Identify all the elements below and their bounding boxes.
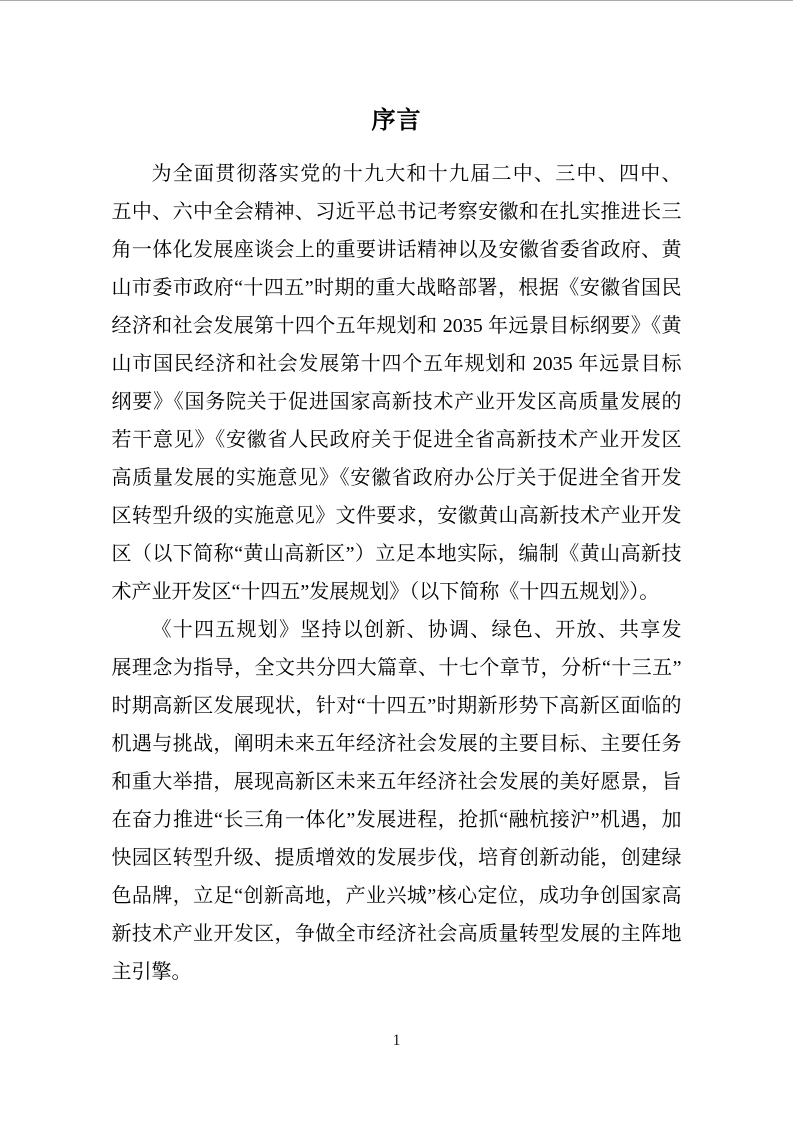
text-line: 新技术产业开发区，争做全市经济社会高质量转型发展的主阵地 <box>112 915 682 953</box>
text-line: 经济和社会发展第十四个五年规划和 2035 年远景目标纲要》《黄 <box>112 307 682 345</box>
text-line: 五中、六中全会精神、习近平总书记考察安徽和在扎实推进长三 <box>112 193 682 231</box>
text-line: 区（以下简称“黄山高新区”）立足本地实际，编制《黄山高新技 <box>112 535 682 573</box>
page-number: 1 <box>0 1031 793 1051</box>
text-line: 角一体化发展座谈会上的重要讲话精神以及安徽省委省政府、黄 <box>112 231 682 269</box>
text-line: 色品牌，立足“创新高地，产业兴城”核心定位，成功争创国家高 <box>112 877 682 915</box>
text-line: 山市国民经济和社会发展第十四个五年规划和 2035 年远景目标 <box>112 345 682 383</box>
text-line: 《十四五规划》坚持以创新、协调、绿色、开放、共享发 <box>112 611 682 649</box>
text-line: 机遇与挑战，阐明未来五年经济社会发展的主要目标、主要任务 <box>112 725 682 763</box>
text-line: 主引擎。 <box>112 953 682 991</box>
document-page: 序言 为全面贯彻落实党的十九大和十九届二中、三中、四中、五中、六中全会精神、习近… <box>0 0 793 1122</box>
paragraph: 《十四五规划》坚持以创新、协调、绿色、开放、共享发展理念为指导，全文共分四大篇章… <box>112 611 682 991</box>
text-line: 展理念为指导，全文共分四大篇章、十七个章节，分析“十三五” <box>112 649 682 687</box>
text-line: 高质量发展的实施意见》《安徽省政府办公厅关于促进全省开发 <box>112 459 682 497</box>
text-line: 纲要》《国务院关于促进国家高新技术产业开发区高质量发展的 <box>112 383 682 421</box>
text-line: 术产业开发区“十四五”发展规划》（以下简称《十四五规划》）。 <box>112 573 682 611</box>
text-line: 和重大举措，展现高新区未来五年经济社会发展的美好愿景，旨 <box>112 763 682 801</box>
document-title: 序言 <box>0 105 793 137</box>
text-line: 为全面贯彻落实党的十九大和十九届二中、三中、四中、 <box>112 155 682 193</box>
text-line: 在奋力推进“长三角一体化”发展进程，抢抓“融杭接沪”机遇，加 <box>112 801 682 839</box>
document-body: 为全面贯彻落实党的十九大和十九届二中、三中、四中、五中、六中全会精神、习近平总书… <box>112 155 682 991</box>
text-line: 时期高新区发展现状，针对“十四五”时期新形势下高新区面临的 <box>112 687 682 725</box>
text-line: 若干意见》《安徽省人民政府关于促进全省高新技术产业开发区 <box>112 421 682 459</box>
text-line: 区转型升级的实施意见》文件要求，安徽黄山高新技术产业开发 <box>112 497 682 535</box>
paragraph: 为全面贯彻落实党的十九大和十九届二中、三中、四中、五中、六中全会精神、习近平总书… <box>112 155 682 611</box>
text-line: 山市委市政府“十四五”时期的重大战略部署，根据《安徽省国民 <box>112 269 682 307</box>
text-line: 快园区转型升级、提质增效的发展步伐，培育创新动能，创建绿 <box>112 839 682 877</box>
